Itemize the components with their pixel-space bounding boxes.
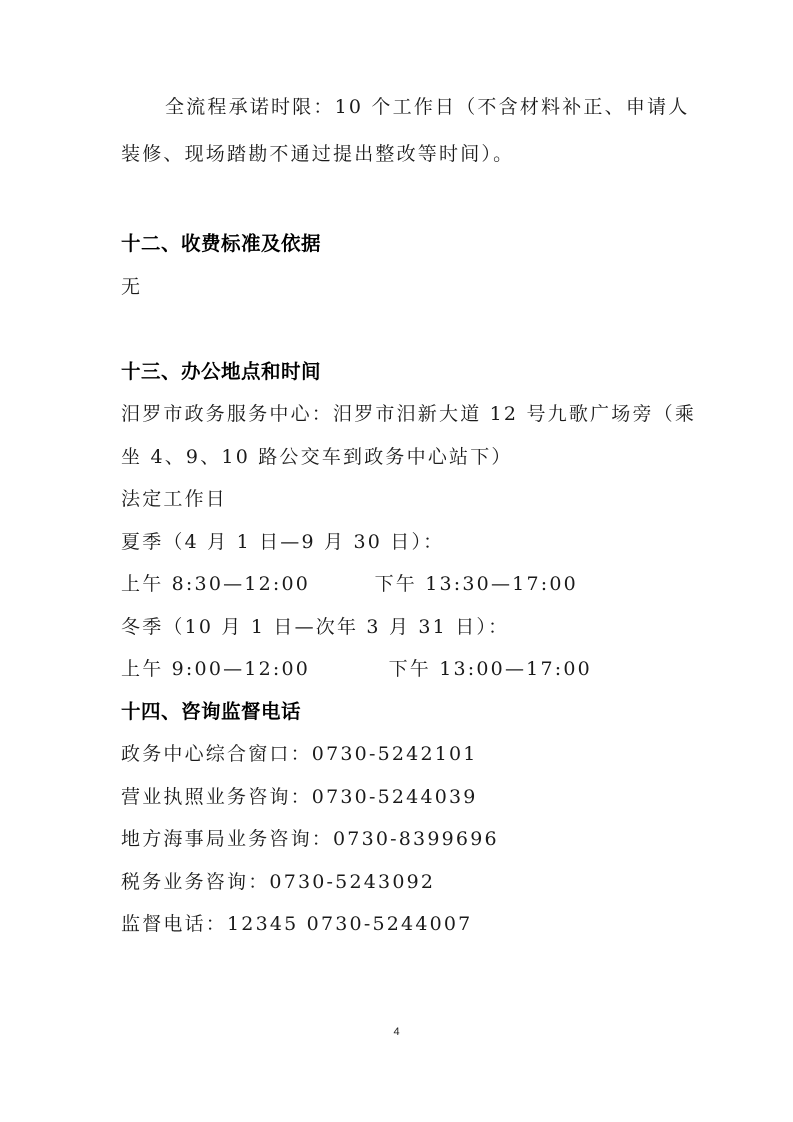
- contact-phone-supervision: 监督电话：12345 0730-5244007: [121, 911, 472, 937]
- section-12-body: 无: [121, 274, 142, 300]
- winter-am-hours: 上午 9:00—12:00: [121, 658, 310, 680]
- contact-phone-maritime-bureau: 地方海事局业务咨询：0730-8399696: [121, 826, 499, 852]
- winter-pm-hours: 下午 13:00—17:00: [389, 658, 592, 680]
- contact-phone-tax: 税务业务咨询：0730-5243092: [121, 869, 435, 895]
- contact-phone-general-window: 政务中心综合窗口：0730-5242101: [121, 741, 478, 767]
- summer-hours-line: 上午 8:30—12:00 下午 13:30—17:00: [121, 571, 578, 597]
- contact-phone-business-license: 营业执照业务咨询：0730-5244039: [121, 784, 478, 810]
- summer-pm-hours: 下午 13:30—17:00: [375, 573, 578, 595]
- working-days-label: 法定工作日: [121, 486, 227, 512]
- time-limit-paragraph-line-1: 全流程承诺时限：10 个工作日（不含材料补正、申请人: [165, 94, 689, 120]
- summer-am-hours: 上午 8:30—12:00: [121, 573, 310, 595]
- page-number: 4: [0, 1026, 793, 1038]
- office-address-line-1: 汨罗市政务服务中心：汨罗市汨新大道 12 号九歌广场旁（乘: [121, 401, 696, 427]
- winter-season-label: 冬季（10 月 1 日—次年 3 月 31 日）：: [121, 614, 509, 640]
- document-page: 全流程承诺时限：10 个工作日（不含材料补正、申请人 装修、现场踏勘不通过提出整…: [0, 0, 793, 1122]
- office-address-line-2: 坐 4、9、10 路公交车到政务中心站下）: [121, 444, 513, 470]
- section-12-heading: 十二、收费标准及依据: [121, 231, 321, 257]
- section-13-heading: 十三、办公地点和时间: [121, 359, 321, 385]
- time-limit-paragraph-line-2: 装修、现场踏勘不通过提出整改等时间）。: [121, 141, 514, 167]
- winter-hours-line: 上午 9:00—12:00 下午 13:00—17:00: [121, 656, 592, 682]
- section-14-heading: 十四、咨询监督电话: [121, 699, 301, 725]
- summer-season-label: 夏季（4 月 1 日—9 月 30 日）：: [121, 529, 444, 555]
